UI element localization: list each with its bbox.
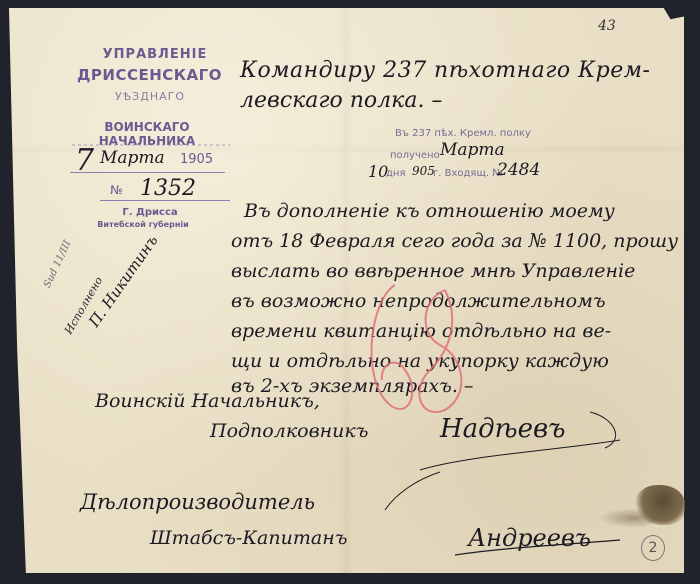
- received-year: 905: [412, 164, 435, 178]
- signatory-2-title: Дѣлопроизводитель: [80, 490, 315, 514]
- signatory-1-signature: Надѣевъ: [440, 414, 565, 444]
- stamp-city: Г. Дрисса: [95, 207, 205, 218]
- date-month: Марта: [100, 148, 165, 168]
- signatory-2-signature: Андреевъ: [468, 524, 591, 552]
- date-day: 7: [75, 143, 94, 178]
- addressee-line-2: левскаго полка. –: [240, 88, 442, 113]
- outgoing-number: 1352: [140, 176, 196, 201]
- ink-smear: [598, 508, 658, 528]
- incoming-number: 2484: [497, 160, 540, 180]
- body-line: Въ дополненіе къ отношенію моему: [244, 200, 615, 222]
- body-line: отъ 18 Февраля сего года за № 1100, прош…: [231, 230, 678, 252]
- received-stamp-line-1: Въ 237 пѣх. Кремл. полку: [395, 128, 531, 139]
- signatory-1-title: Воинскій Начальникъ,: [95, 390, 320, 412]
- addressee-line-1: Командиру 237 пѣхотнаго Крем-: [240, 58, 650, 83]
- body-line: времени квитанцію отдѣльно на ве-: [231, 320, 611, 342]
- stamp-province: Витебской губерніи: [68, 220, 218, 229]
- body-line: щи и отдѣльно на укупорку каждую: [231, 350, 609, 372]
- signatory-1-rank: Подполковникъ: [210, 420, 368, 442]
- day-label: дня: [386, 168, 405, 179]
- number-label: №: [110, 183, 122, 197]
- body-line: въ возможно непродолжительномъ: [231, 290, 606, 312]
- received-month: Марта: [440, 140, 505, 160]
- page-number: 43: [598, 18, 616, 34]
- received-label: получено: [390, 150, 440, 161]
- stamp-line-3: УѢЗДНАГО: [95, 90, 205, 103]
- body-line: выслать во ввѣренное мнѣ Управленіе: [231, 260, 635, 282]
- incoming-label: г. Входящ. №: [433, 168, 503, 179]
- signatory-2-rank: Штабсъ-Капитанъ: [150, 527, 347, 549]
- stamp-line-2: ДРИССЕНСКАГО: [67, 66, 232, 84]
- date-year: 1905: [180, 152, 213, 167]
- stamp-line-1: УПРАВЛЕНІЕ: [80, 47, 230, 62]
- sheet-number: 2: [641, 535, 665, 561]
